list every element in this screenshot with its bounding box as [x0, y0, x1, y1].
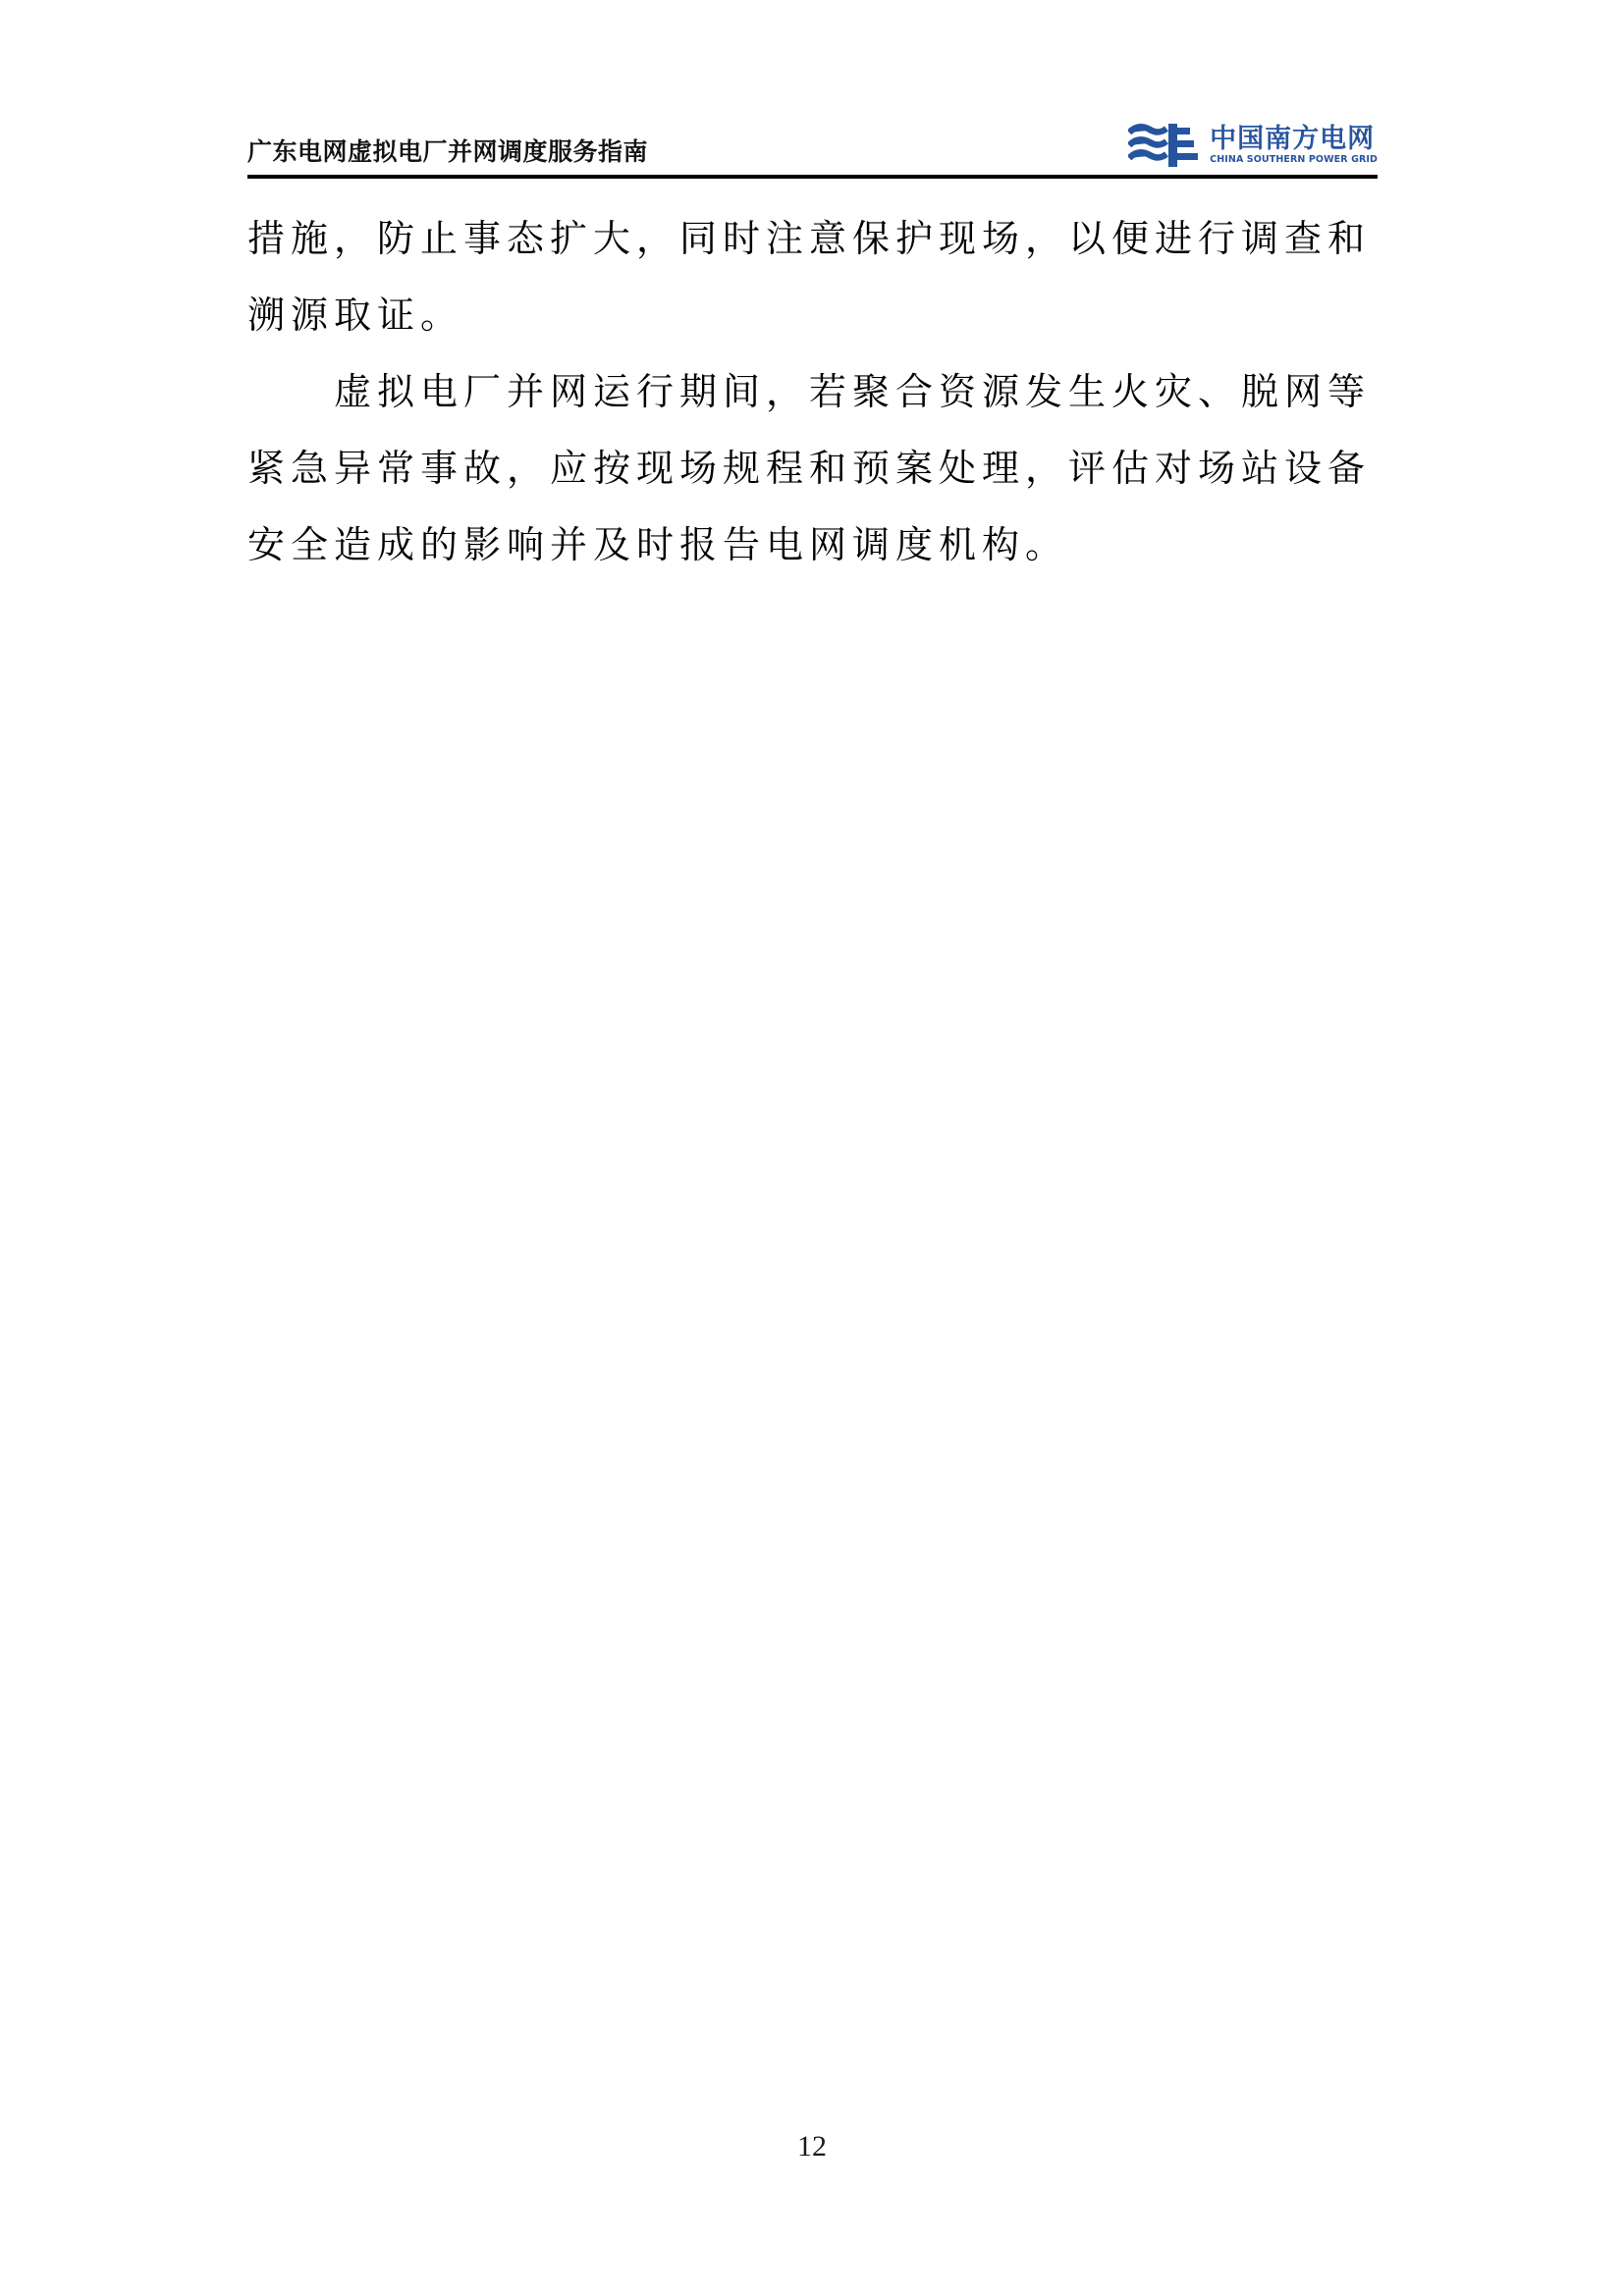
page-header: 广东电网虚拟电厂并网调度服务指南: [247, 106, 1378, 167]
paragraph-continuation: 措施，防止事态扩大，同时注意保护现场，以便进行调查和 溯源取证。: [247, 200, 1386, 353]
csg-wave-tower-icon: [1128, 124, 1201, 167]
document-page: 广东电网虚拟电厂并网调度服务指南: [0, 0, 1624, 2296]
paragraph: 虚拟电厂并网运行期间，若聚合资源发生火灾、脱网等 紧急异常事故，应按现场规程和预…: [247, 353, 1386, 583]
csg-logo: 中国南方电网 CHINA SOUTHERN POWER GRID: [1128, 124, 1378, 167]
csg-logo-text: 中国南方电网 CHINA SOUTHERN POWER GRID: [1210, 126, 1378, 166]
document-body: 措施，防止事态扩大，同时注意保护现场，以便进行调查和 溯源取证。 虚拟电厂并网运…: [247, 200, 1386, 583]
header-divider: [247, 175, 1378, 179]
header-doc-title: 广东电网虚拟电厂并网调度服务指南: [247, 139, 648, 167]
csg-logo-name-cn: 中国南方电网: [1210, 126, 1378, 153]
page-number: 12: [0, 2132, 1624, 2162]
csg-logo-name-en: CHINA SOUTHERN POWER GRID: [1210, 154, 1378, 165]
